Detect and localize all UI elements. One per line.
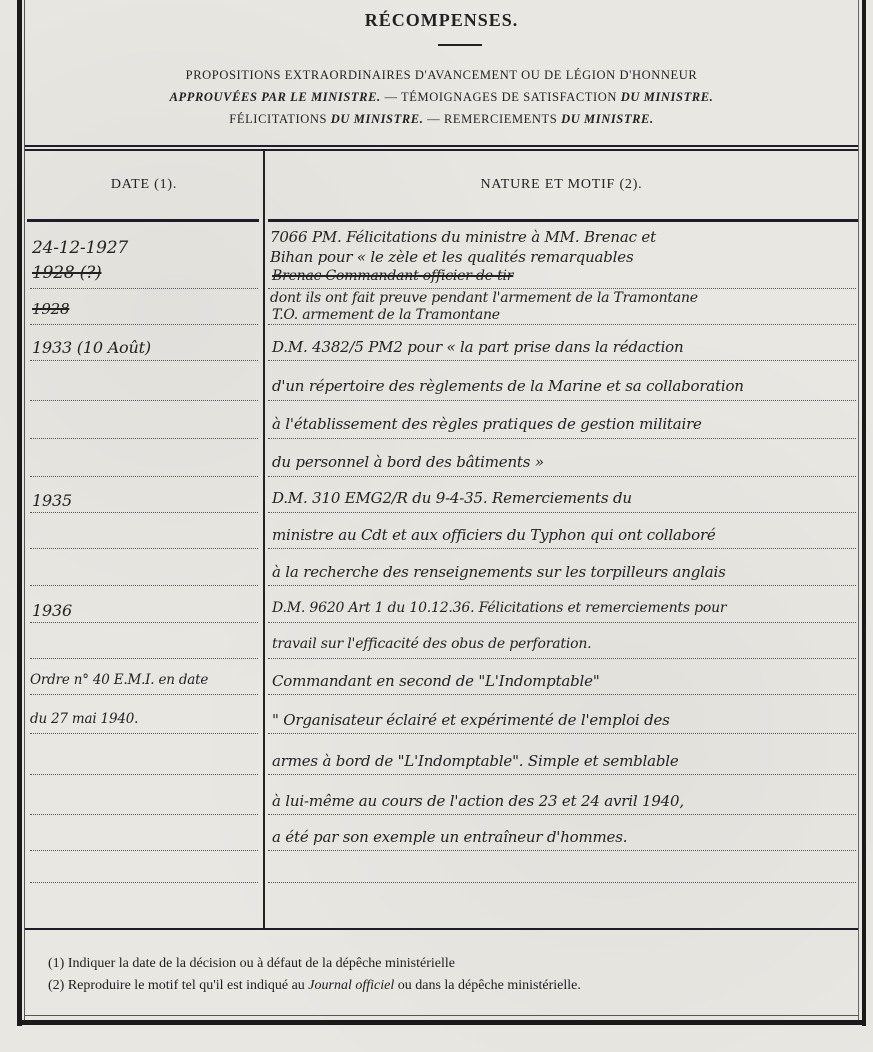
entry-date: du 27 mai 1940. bbox=[30, 711, 138, 727]
column-divider bbox=[263, 151, 265, 929]
entry-motif-line: D.M. 9620 Art 1 du 10.12.36. Félicitatio… bbox=[272, 600, 726, 616]
page-title: RÉCOMPENSES. bbox=[25, 10, 858, 31]
entry-date: Ordre n° 40 E.M.I. en date bbox=[30, 672, 208, 688]
entry-motif-line: 7066 PM. Félicitations du ministre à MM.… bbox=[270, 228, 656, 246]
entry-motif-line-struck: Brenac Commandant officier de tir bbox=[272, 268, 513, 284]
title-underline bbox=[438, 44, 482, 46]
entry-motif-line: D.M. 310 EMG2/R du 9-4-35. Remerciements… bbox=[272, 489, 632, 507]
frame-border-bottom bbox=[17, 1020, 866, 1025]
entry-date-struck: 1928 bbox=[32, 300, 69, 318]
frame-border-right-inner bbox=[858, 0, 859, 1020]
subtitle-line-1: PROPOSITIONS EXTRAORDINAIRES D'AVANCEMEN… bbox=[25, 68, 858, 83]
table-bottom-rule bbox=[25, 928, 858, 930]
entry-motif-line: a été par son exemple un entraîneur d'ho… bbox=[272, 828, 627, 846]
entry-motif-line: Commandant en second de "L'Indomptable" bbox=[272, 672, 600, 690]
entry-motif-line: à lui-même au cours de l'action des 23 e… bbox=[272, 792, 684, 810]
subtitle-line-3: FÉLICITATIONS DU MINISTRE. — REMERCIEMEN… bbox=[25, 112, 858, 127]
subtitle-italic: APPROUVÉES PAR LE MINISTRE. bbox=[170, 90, 381, 104]
footnote-text: (2) Reproduire le motif tel qu'il est in… bbox=[48, 978, 308, 993]
entry-motif-line: à l'établissement des règles pratiques d… bbox=[272, 415, 702, 433]
entry-motif-line: Bihan pour « le zèle et les qualités rem… bbox=[270, 248, 633, 266]
subtitle-text: FÉLICITATIONS bbox=[229, 112, 331, 126]
entry-date: 1933 (10 Août) bbox=[32, 338, 151, 357]
subtitle-text: — REMERCIEMENTS bbox=[423, 112, 561, 126]
entry-motif-line: du personnel à bord des bâtiments » bbox=[272, 453, 544, 471]
column-header-rule-date bbox=[27, 219, 259, 222]
entry-date: 1935 bbox=[32, 491, 72, 510]
frame-border-right bbox=[862, 0, 866, 1026]
header-rule-top bbox=[25, 145, 858, 147]
subtitle-italic: DU MINISTRE. bbox=[621, 90, 714, 104]
subtitle-italic: DU MINISTRE. bbox=[561, 112, 654, 126]
column-header-nature: NATURE ET MOTIF (2). bbox=[265, 150, 858, 220]
entry-date: 24-12-1927 bbox=[32, 238, 128, 258]
subtitle-italic: DU MINISTRE. bbox=[331, 112, 424, 126]
footnote-italic: Journal officiel bbox=[308, 978, 394, 993]
entry-motif-line: T.O. armement de la Tramontane bbox=[272, 307, 500, 323]
entry-motif-line: armes à bord de "L'Indomptable". Simple … bbox=[272, 752, 679, 770]
entry-date-struck: 1928 (?) bbox=[32, 263, 101, 283]
footnote-1: (1) Indiquer la date de la décision ou à… bbox=[48, 956, 455, 972]
entry-motif-line: à la recherche des renseignements sur le… bbox=[272, 563, 726, 581]
frame-border-bottom-inner bbox=[24, 1015, 859, 1016]
frame-border-left bbox=[17, 0, 22, 1026]
entry-date: 1936 bbox=[32, 601, 72, 620]
subtitle-text: — TÉMOIGNAGES DE SATISFACTION bbox=[381, 90, 621, 104]
footnote-text: ou dans la dépêche ministérielle. bbox=[394, 978, 581, 993]
entry-motif-line: travail sur l'efficacité des obus de per… bbox=[272, 636, 591, 652]
entry-motif-line: " Organisateur éclairé et expérimenté de… bbox=[272, 711, 670, 729]
entry-motif-line: d'un répertoire des règlements de la Mar… bbox=[272, 377, 744, 395]
footnote-2: (2) Reproduire le motif tel qu'il est in… bbox=[48, 978, 581, 994]
column-header-rule-nature bbox=[268, 219, 858, 222]
column-header-date: DATE (1). bbox=[25, 150, 263, 220]
form-header: RÉCOMPENSES. PROPOSITIONS EXTRAORDINAIRE… bbox=[25, 0, 858, 145]
entry-motif-line: ministre au Cdt et aux officiers du Typh… bbox=[272, 526, 716, 544]
entry-motif-line: D.M. 4382/5 PM2 pour « la part prise dan… bbox=[272, 338, 683, 356]
subtitle-line-2: APPROUVÉES PAR LE MINISTRE. — TÉMOIGNAGE… bbox=[25, 90, 858, 105]
entry-motif-line: dont ils ont fait preuve pendant l'armem… bbox=[270, 290, 698, 306]
